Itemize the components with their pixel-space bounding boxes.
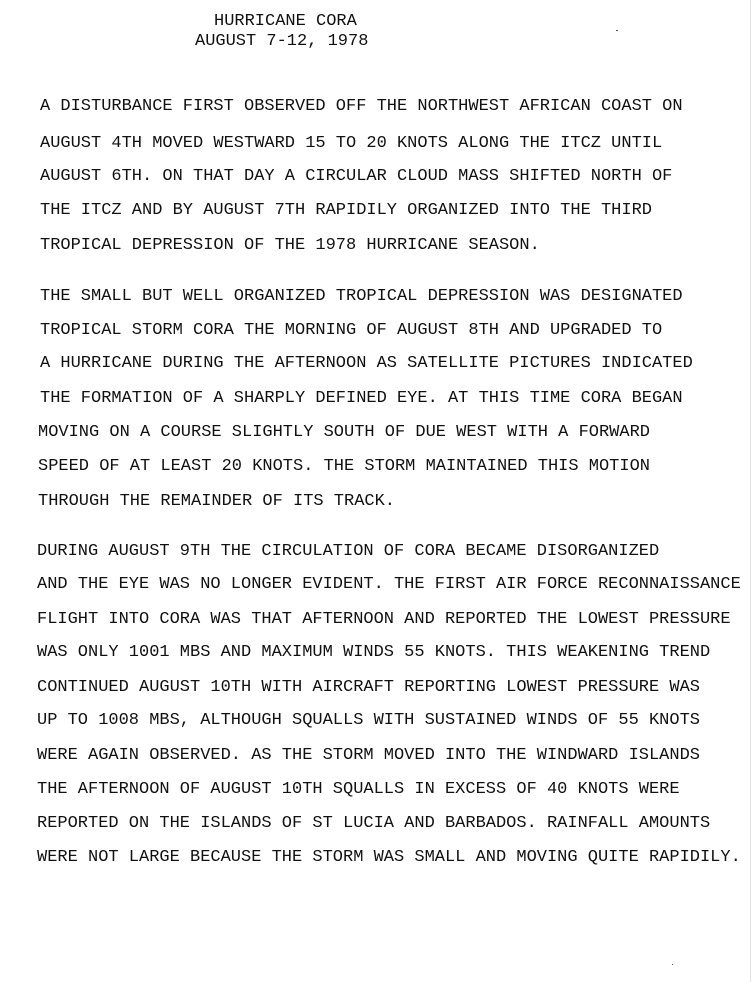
text-line: FLIGHT INTO CORA WAS THAT AFTERNOON AND … <box>37 610 731 630</box>
text-line: THE ITCZ AND BY AUGUST 7TH RAPIDILY ORGA… <box>40 201 652 221</box>
document-subtitle: AUGUST 7-12, 1978 <box>195 32 368 52</box>
text-line: REPORTED ON THE ISLANDS OF ST LUCIA AND … <box>37 814 710 834</box>
text-line: AUGUST 6TH. ON THAT DAY A CIRCULAR CLOUD… <box>40 167 672 187</box>
text-line: TROPICAL STORM CORA THE MORNING OF AUGUS… <box>40 321 662 341</box>
text-line: A DISTURBANCE FIRST OBSERVED OFF THE NOR… <box>40 97 683 117</box>
text-line: AND THE EYE WAS NO LONGER EVIDENT. THE F… <box>37 575 741 595</box>
scan-speck <box>672 964 673 965</box>
text-line: UP TO 1008 MBS, ALTHOUGH SQUALLS WITH SU… <box>37 711 700 731</box>
page-edge-line <box>750 0 751 982</box>
text-line: THE SMALL BUT WELL ORGANIZED TROPICAL DE… <box>40 287 683 307</box>
text-line: TROPICAL DEPRESSION OF THE 1978 HURRICAN… <box>40 236 540 256</box>
scan-speck <box>616 30 618 31</box>
text-line: AUGUST 4TH MOVED WESTWARD 15 TO 20 KNOTS… <box>40 134 662 154</box>
text-line: WERE NOT LARGE BECAUSE THE STORM WAS SMA… <box>37 848 741 868</box>
text-line: THROUGH THE REMAINDER OF ITS TRACK. <box>38 492 395 512</box>
text-line: MOVING ON A COURSE SLIGHTLY SOUTH OF DUE… <box>38 423 650 443</box>
text-line: SPEED OF AT LEAST 20 KNOTS. THE STORM MA… <box>38 457 650 477</box>
text-line: WAS ONLY 1001 MBS AND MAXIMUM WINDS 55 K… <box>37 643 710 663</box>
text-line: THE FORMATION OF A SHARPLY DEFINED EYE. … <box>40 389 683 409</box>
text-line: WERE AGAIN OBSERVED. AS THE STORM MOVED … <box>37 746 700 766</box>
text-line: A HURRICANE DURING THE AFTERNOON AS SATE… <box>40 354 693 374</box>
text-line: CONTINUED AUGUST 10TH WITH AIRCRAFT REPO… <box>37 678 700 698</box>
document-page: HURRICANE CORA AUGUST 7-12, 1978 A DISTU… <box>0 0 754 982</box>
text-line: THE AFTERNOON OF AUGUST 10TH SQUALLS IN … <box>37 780 680 800</box>
text-line: DURING AUGUST 9TH THE CIRCULATION OF COR… <box>37 542 659 562</box>
document-title: HURRICANE CORA <box>214 12 357 32</box>
